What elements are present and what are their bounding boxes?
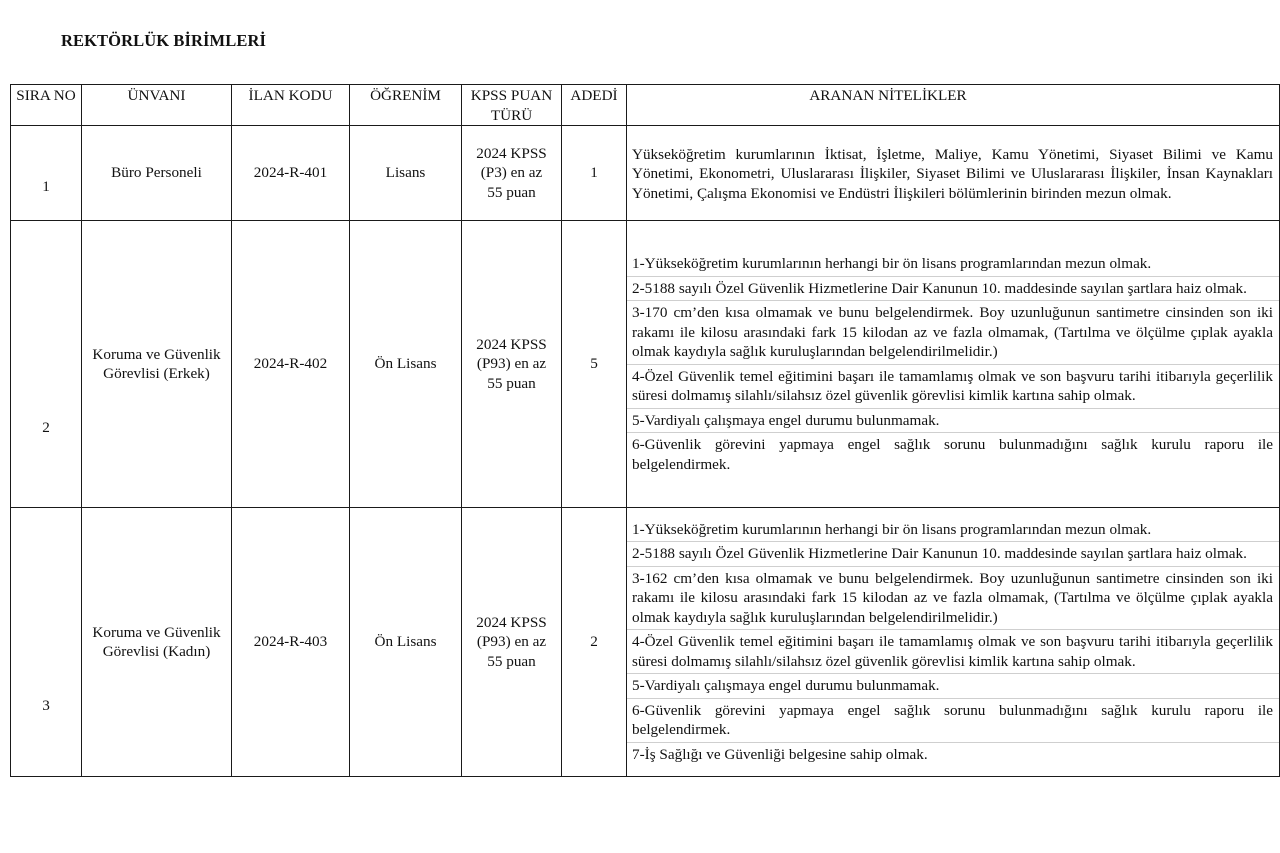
table-header-row: SIRA NO ÜNVANI İLAN KODU ÖĞRENİM KPSS PU… [11, 85, 1280, 126]
cell-unvani: Büro Personeli [82, 126, 232, 221]
qualification-item: 2-5188 sayılı Özel Güvenlik Hizmetlerine… [627, 277, 1279, 302]
qualification-item: 4-Özel Güvenlik temel eğitimini başarı i… [627, 365, 1279, 409]
header-ilan-kodu: İLAN KODU [232, 85, 350, 126]
cell-ogrenim: Ön Lisans [350, 221, 462, 508]
qualification-item: 3-170 cm’den kısa olmamak ve bunu belgel… [627, 301, 1279, 365]
qualification-item: 4-Özel Güvenlik temel eğitimini başarı i… [627, 630, 1279, 674]
qualification-item: 6-Güvenlik görevini yapmaya engel sağlık… [627, 699, 1279, 743]
cell-ilan-kodu: 2024-R-402 [232, 221, 350, 508]
table-row: 1 Büro Personeli 2024-R-401 Lisans 2024 … [11, 126, 1280, 221]
cell-adedi: 5 [562, 221, 627, 508]
cell-aranan-nitelikler: Yükseköğretim kurumlarının İktisat, İşle… [627, 126, 1280, 221]
header-unvani: ÜNVANI [82, 85, 232, 126]
qualification-item: Yükseköğretim kurumlarının İktisat, İşle… [627, 143, 1279, 204]
cell-unvani: Koruma ve Güvenlik Görevlisi (Kadın) [82, 508, 232, 777]
cell-adedi: 2 [562, 508, 627, 777]
cell-kpss-puan-turu: 2024 KPSS (P93) en az 55 puan [462, 508, 562, 777]
header-ogrenim: ÖĞRENİM [350, 85, 462, 126]
header-sira-no: SIRA NO [11, 85, 82, 126]
header-aranan-nitelikler: ARANAN NİTELİKLER [627, 85, 1280, 126]
cell-unvani: Koruma ve Güvenlik Görevlisi (Erkek) [82, 221, 232, 508]
cell-ogrenim: Lisans [350, 126, 462, 221]
qualification-item: 2-5188 sayılı Özel Güvenlik Hizmetlerine… [627, 542, 1279, 567]
qualification-item: 5-Vardiyalı çalışmaya engel durumu bulun… [627, 409, 1279, 434]
table-row: 2 Koruma ve Güvenlik Görevlisi (Erkek) 2… [11, 221, 1280, 508]
cell-sira-no: 2 [11, 221, 82, 508]
cell-kpss-puan-turu: 2024 KPSS (P93) en az 55 puan [462, 221, 562, 508]
header-kpss-puan-turu: KPSS PUAN TÜRÜ [462, 85, 562, 126]
qualification-item: 5-Vardiyalı çalışmaya engel durumu bulun… [627, 674, 1279, 699]
cell-ogrenim: Ön Lisans [350, 508, 462, 777]
document-title: REKTÖRLÜK BİRİMLERİ [61, 31, 266, 51]
cell-ilan-kodu: 2024-R-403 [232, 508, 350, 777]
cell-ilan-kodu: 2024-R-401 [232, 126, 350, 221]
qualification-item: 7-İş Sağlığı ve Güvenliği belgesine sahi… [627, 743, 1279, 767]
header-adedi: ADEDİ [562, 85, 627, 126]
cell-aranan-nitelikler: 1-Yükseköğretim kurumlarının herhangi bi… [627, 508, 1280, 777]
positions-table: SIRA NO ÜNVANI İLAN KODU ÖĞRENİM KPSS PU… [10, 84, 1280, 777]
cell-adedi: 1 [562, 126, 627, 221]
qualification-item: 6-Güvenlik görevini yapmaya engel sağlık… [627, 433, 1279, 476]
cell-sira-no: 1 [11, 126, 82, 221]
qualification-item: 1-Yükseköğretim kurumlarının herhangi bi… [627, 252, 1279, 277]
cell-aranan-nitelikler: 1-Yükseköğretim kurumlarının herhangi bi… [627, 221, 1280, 508]
cell-kpss-puan-turu: 2024 KPSS (P3) en az 55 puan [462, 126, 562, 221]
cell-sira-no: 3 [11, 508, 82, 777]
table-row: 3 Koruma ve Güvenlik Görevlisi (Kadın) 2… [11, 508, 1280, 777]
qualification-item: 1-Yükseköğretim kurumlarının herhangi bi… [627, 518, 1279, 543]
qualification-item: 3-162 cm’den kısa olmamak ve bunu belgel… [627, 567, 1279, 631]
